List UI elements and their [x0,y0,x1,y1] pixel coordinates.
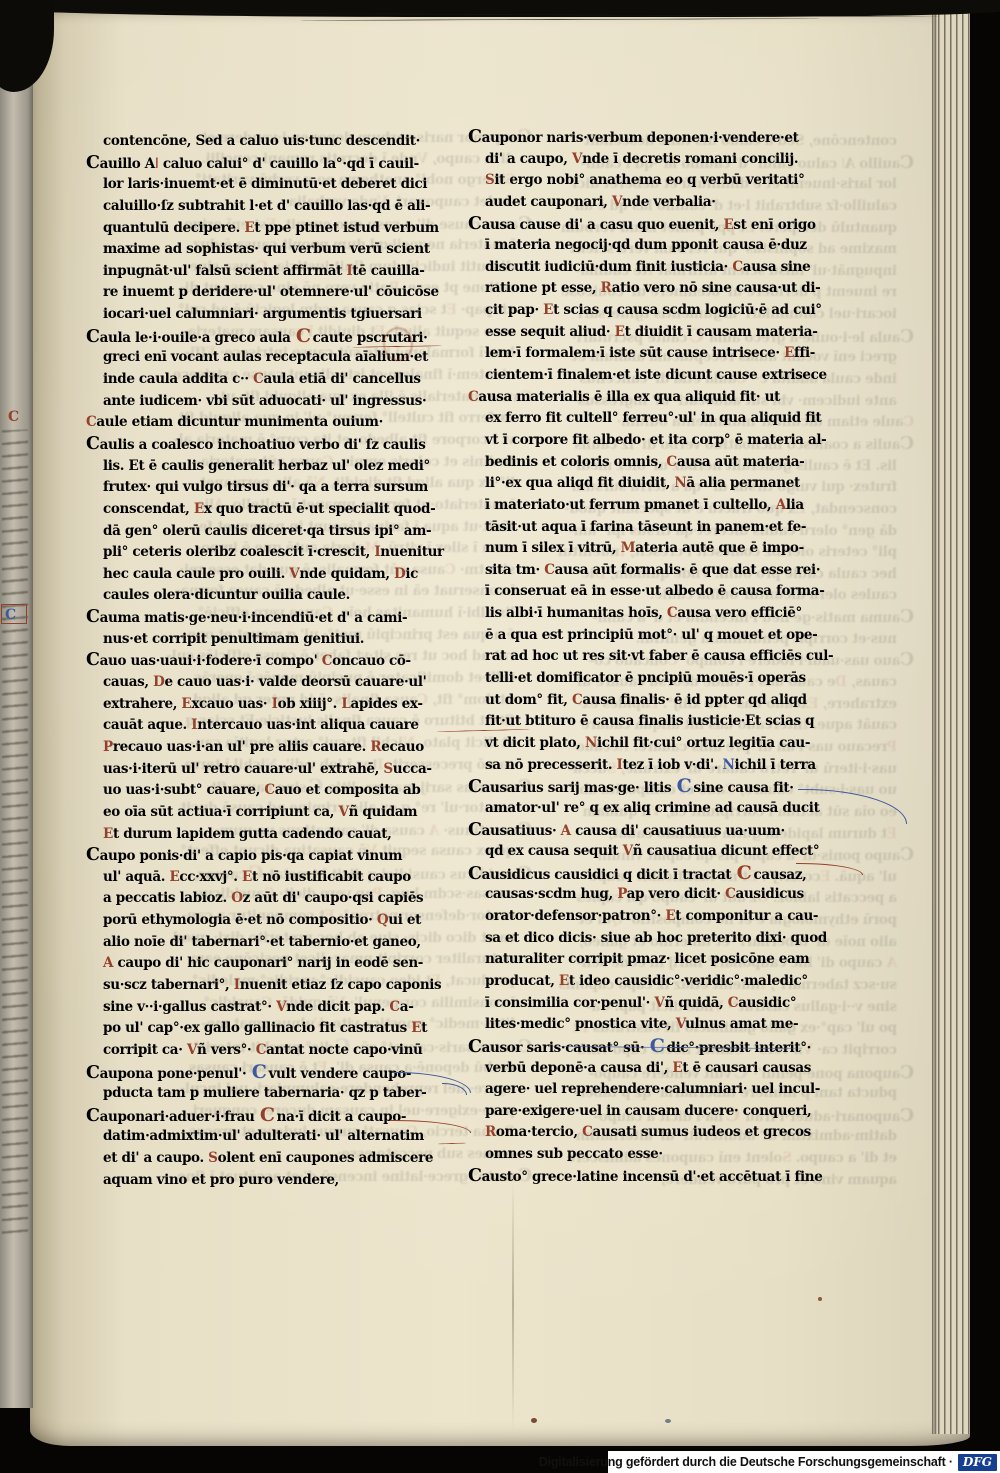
text-line: esse sequit aliud· Et diuidit ī causam m… [468,322,816,344]
text-segment: conscendat, [103,501,194,517]
text-line: contencōne, Sed a caluo uis·tunc descend… [86,131,434,153]
text-line: conscendat, Ex quo tractū ē·ut specialit… [86,499,434,521]
text-segment: caluillo·ſz subtrahit l·et d' cauillo la… [103,198,430,214]
text-segment: E [559,973,569,989]
text-line: po ul' cap°·ex gallo gallinacio fit cast… [86,1018,434,1040]
text-segment: re inuemt p deridere·ul' otemnere·ul' cō… [103,284,439,300]
text-line: Causor saris·causat° sū· Cdic°·presbit i… [468,1036,816,1058]
text-segment: causas·scdm hug, [485,886,617,902]
text-segment: orator·defensor·patron°· [485,908,665,924]
text-line: Cauponor naris·verbum deponen·i·vendere·… [468,127,816,149]
text-line: num ī silex ī vitrū, Materia autē que ē … [468,538,816,560]
text-segment: V [187,1042,197,1058]
text-segment: uas·i·iterū ul' retro cauare·ul' extrahē… [103,761,383,777]
text-line: a peccatis labioz. Oz aūt di' caupo·qsi … [86,888,434,910]
text-line: Causto° grece·latine incensū d'·et accēt… [468,1166,816,1188]
text-line: agere· uel reprehendere·calumniari· uel … [468,1079,816,1101]
text-segment: aulis a coalesco inchoatiuo verbo di' ſz… [100,437,426,453]
text-segment: t scias q causa scdm logiciū·ē ad cui° [553,302,822,318]
text-segment: ui et [388,912,421,928]
text-segment: ex ferro fit cultell° ferreu°·ul' in qua… [485,410,821,426]
text-segment: V [623,843,633,859]
text-line: iocari·uel calumniari· argumentis tgiuer… [86,304,434,326]
text-segment: aula etiā di' cancellus [264,371,421,387]
text-segment: V [338,804,348,820]
text-line: ī materiato·ut ferrum pmanet ī cultello,… [468,495,816,517]
paragraph-mark: C [676,775,694,797]
text-segment: e cauo uas·i· valde deorsū cauare·ul' [164,674,426,690]
text-segment: producat, [485,973,559,989]
text-segment: et di' a caupo. [103,1150,208,1166]
text-line: Caula le·i·ouile·a greco aula Ccaute psc… [86,326,434,348]
text-segment: causaz, [753,867,806,883]
text-segment: vt ī corpore fit albedo· et ita corp° ē … [485,432,826,448]
text-segment: ichil ī terra [735,757,816,773]
text-segment: iocari·uel calumniari· argumentis tgiuer… [103,306,422,322]
text-line: cit pap· Et scias q causa scdm logiciū·ē… [468,300,816,322]
text-segment: lis. Et ē caulis generalit herbaz ul' ol… [103,458,430,474]
text-segment: causa di' causatiuus ua·uum· [571,823,785,839]
text-segment: C [728,995,738,1011]
text-line: uo uas·i·subt° cauare, Cauo et composita… [86,780,434,802]
text-segment: S [383,761,392,777]
text-segment: Q [377,912,388,928]
text-line: ī materia negocij·qd dum pponit causa ē·… [468,235,816,257]
text-segment: pducta tam p muliere tabernaria· qz p ta… [103,1085,426,1101]
text-line: discutit iudiciū·dum finit iusticia· Cau… [468,257,816,279]
digitization-credit-bar: Digitalisierung gefördert durch die Deut… [608,1451,1000,1473]
text-segment: ucca- [393,761,432,777]
text-line: sa et dico dicis· siue ab hoc preterito … [468,928,816,950]
text-line: Roma·tercio, Causati sumus iudeos et gre… [468,1122,816,1144]
text-line: lis albi·ī humanitas hoīs, Causa vero ef… [468,603,816,625]
text-line: ratione pt esse, Ratio vero nō sine caus… [468,278,816,300]
text-line: sine v··i·gallus castrat°· Vnde dicit pa… [86,997,434,1019]
text-segment: ulnus amat me- [685,1016,798,1032]
text-line: inde caula addita c·· Caula etiā di' can… [86,369,434,391]
text-line: di' a caupo, Vnde ī decretis romani conc… [468,149,816,171]
text-segment: C [468,864,482,884]
text-segment: tāsit·ut aqua ī farina tāseunt in panem·… [485,519,806,535]
text-line: cauas, De cauo uas·i· valde deorsū cauar… [86,672,434,694]
text-segment: tē cauilla- [352,263,424,279]
text-line: Caule etiam dicuntur munimenta ouium· [86,412,434,434]
text-segment: t ē causari causas [682,1060,811,1076]
text-segment: esse sequit aliud· [485,324,615,340]
text-line: omnes sub peccato esse· [468,1144,816,1166]
previous-leaf-edge [0,30,33,1408]
text-segment: R [601,280,612,296]
text-segment: ausa sine [743,259,811,275]
text-segment: ausidic° [738,995,796,1011]
text-line: verbū deponē·a causa di', Et ē causari c… [468,1058,816,1080]
text-line: uas·i·iterū ul' retro cauare·ul' extrahē… [86,759,434,781]
text-line: audet cauponari, Vnde verbalia· [468,192,816,214]
text-segment: A [561,823,571,839]
text-segment: C [389,999,399,1015]
text-segment: ī materia negocij·qd dum pponit causa ē·… [485,237,807,253]
text-line: Caulis a coalesco inchoatiuo verbo di' ſ… [86,434,434,456]
text-segment: ante iudicem· vbi sūt aduocati· ul' ingr… [103,393,426,409]
text-segment: C [256,1042,266,1058]
text-segment: ausa vero efficiē° [677,605,802,621]
text-segment: nde quidam, [299,566,394,582]
text-segment: M [621,540,636,556]
text-segment: verbū deponē·a causa di', [485,1060,672,1076]
text-segment: aule etiam dicuntur munimenta ouium· [96,414,383,430]
manuscript-scan-viewport: contencōne, Sed a caluo uis·tunc descend… [0,0,1000,1473]
text-segment: E [784,345,794,361]
text-segment: aula le·i·ouile·a greco aula [100,330,295,346]
text-line: Causa cause di' a casu quo euenit, Est e… [468,214,816,236]
text-segment: antat nocte capo·vinū [266,1042,422,1058]
text-segment: N [674,475,686,491]
text-segment: nuenit etiaz ſz capo caponis [240,977,442,993]
text-segment: li°·ex qua aliqd fit diuidit, [485,475,674,491]
text-line: caluillo·ſz subtrahit l·et d' cauillo la… [86,196,434,218]
text-line: Causa materialis ē illa ex qua aliquid f… [468,387,816,409]
text-segment: E [169,869,179,885]
text-line: Sit ergo nobi° anathema eo q verbū verit… [468,170,816,192]
text-segment: ausatiuus· [482,823,561,839]
text-segment: maxime ad sophistas· qui verbum verū sci… [103,241,430,257]
text-segment: C [86,650,100,670]
text-segment: ecauo [381,739,424,755]
text-segment: sita tm· [485,562,544,578]
text-segment: pli° ceteris oleribz coalescit ī·crescit… [103,544,374,560]
text-segment: sa et dico dicis· siue ab hoc preterito … [485,930,827,946]
text-segment: auillo A [100,156,155,172]
text-segment: alio noīe di' tabernari°·et tabernio·et … [103,934,421,950]
book-fore-edge [932,14,970,1434]
text-segment: ffi- [794,345,815,361]
text-segment: ñ quidā, [664,995,727,1011]
text-segment: olent enī caupones admiscere [218,1150,434,1166]
text-segment: vult vendere caupo- [269,1066,412,1082]
text-segment: agere· uel reprehendere·calumniari· uel … [485,1081,820,1097]
text-line: naturaliter corripit pmaz· licet posicōn… [468,949,816,971]
text-segment: D [153,674,164,690]
text-segment: z aūt di' caupo·qsi capiēs [243,890,424,906]
text-segment: C [582,1124,592,1140]
text-segment: ausati sumus iudeos et grecos [593,1124,811,1140]
text-line: orator·defensor·patron°· Et componitur a… [468,906,816,928]
text-segment: aupona pone·penul'· [100,1066,251,1082]
text-segment: C [572,692,582,708]
text-line: quantulū decipere. Et ppe ptinet istud v… [86,218,434,240]
book-top-edge [0,0,1000,17]
paragraph-mark: C [295,325,313,347]
text-area: contencōne, Sed a caluo uis·tunc descend… [30,10,970,1446]
text-segment: telli·et domificator ē pncipiū mouēs·ī o… [485,670,806,686]
text-segment: cientem·ī finalem·et iste dicunt cause e… [485,367,827,383]
text-line: ī conseruat eā in esse·ut albedo ē causa… [468,581,816,603]
text-segment: V [676,1016,685,1032]
text-segment: xcauo uas· [191,696,271,712]
text-segment: ausa materialis ē illa ex qua aliquid fi… [478,389,780,405]
text-segment: C [468,389,478,405]
text-segment: cauas, [103,674,153,690]
text-line: vt dicit plato, Nichil fit·cui° ortuz le… [468,733,816,755]
text-segment: aupo ponis·di' a capio pis·qa capiat vin… [100,848,403,864]
text-segment: naturaliter corripit pmaz· licet posicōn… [485,951,809,967]
text-line: ut dom° fit, Causa finalis· ē id ppter q… [468,690,816,712]
dfg-logo: DFG [958,1454,997,1471]
previous-leaf-text-showthrough [2,430,28,1241]
text-segment: E [103,826,113,842]
text-segment: V [572,151,582,167]
text-segment: C [86,153,100,173]
text-segment: ntercauo uas·int aliqua cauare [197,717,418,733]
text-segment: C [86,327,100,347]
text-segment: ī materiato·ut ferrum pmanet ī cultello, [485,497,776,513]
text-segment: D [394,566,405,582]
text-line: pli° ceteris oleribz coalescit ī·crescit… [86,542,434,564]
text-column-left: contencōne, Sed a caluo uis·tunc descend… [86,131,434,1191]
text-segment: P [617,886,626,902]
text-segment: t [421,1020,427,1036]
text-segment: N [723,757,735,773]
text-segment: datim·admixtim·ul' adulterati· ul' alter… [103,1128,424,1144]
text-segment: it ergo nobi° anathema eo q verbū verita… [494,172,804,188]
text-line: bedinis et coloris omnis, Causa aūt mate… [468,452,816,474]
text-segment: C [253,371,263,387]
text-line: ē a qua est principiū mot°· ul' q mouet … [468,625,816,647]
text-segment: ausidicus causidici q dicit ī tractat [482,867,736,883]
text-segment: S [485,172,494,188]
text-segment: E [242,869,252,885]
text-line: corripit ca· Vñ vers°· Cantat nocte capo… [86,1040,434,1062]
text-line: hec caula caule pro ouili. Vnde quidam, … [86,564,434,586]
text-line: causas·scdm hug, Pap vero dicit· Causidi… [468,884,816,906]
text-segment: C [322,653,332,669]
text-segment: cauāt aque. [103,717,191,733]
text-segment: ñ vers°· [197,1042,256,1058]
text-line: qd ex causa sequit Vñ causatiua dicunt e… [468,841,816,863]
text-segment: t ideo causidic°·veridic°·maledic° [569,973,808,989]
text-segment: dic°·presbit interit°· [666,1040,810,1056]
text-line: ex ferro fit cultell° ferreu°·ul' in qua… [468,408,816,430]
text-segment: bedinis et coloris omnis, [485,454,666,470]
text-segment: E [615,324,625,340]
text-line: producat, Et ideo causidic°·veridic°·mal… [468,971,816,993]
text-line: greci enī vocant aulas receptacula aīali… [86,347,434,369]
text-segment: caluo calui° d' cauillo la°·qd ī cauil- [159,156,419,172]
text-segment: E [181,696,191,712]
text-segment: na·ī dicit a caupo- [277,1109,407,1125]
text-segment: di' a caupo, [485,151,572,167]
text-segment: ateria autē que ē impo- [635,540,804,556]
text-segment: ul' aquā. [103,869,169,885]
text-segment: ausor saris·causat° sū· [482,1040,649,1056]
text-segment: ap vero dicit· [627,886,725,902]
text-line: tāsit·ut aqua ī farina tāseunt in panem·… [468,517,816,539]
text-segment: x quo tractū ē·ut specialit quod- [204,501,435,517]
text-segment: frutex· qui vulgo tirsus di'· qa a terra… [103,479,428,495]
text-segment: apides ex- [350,696,422,712]
text-segment: auo uas·uaui·i·fodere·ī compo' [100,653,322,669]
text-line: Caupo ponis·di' a capio pis·qa capiat vi… [86,845,434,867]
text-segment: C [544,562,554,578]
text-segment: audet cauponari, [485,194,612,210]
text-segment: cit pap· [485,302,543,318]
text-segment: ausidicus [736,886,804,902]
text-segment: E [665,908,675,924]
text-segment: aquam vino et pro puro vendere, [103,1172,339,1188]
text-segment: su·scz tabernari°, [103,977,234,993]
text-segment: t diuidit ī causam materia- [625,324,818,340]
text-segment: C [732,259,742,275]
text-segment: ausa finalis· ē id ppter qd aliqd [582,692,806,708]
text-line: Cauma matis·ge·neu·i·incendiū·et d' a ca… [86,607,434,629]
text-line: rat ad hoc ut res sit·vt faber ē causa e… [468,646,816,668]
text-segment: sine v··i·gallus castrat°· [103,999,276,1015]
text-segment: auma matis·ge·neu·i·incendiū·et d' a cam… [100,610,408,626]
text-segment: rat ad hoc ut res sit·vt faber ē causa e… [485,648,833,664]
text-segment: caules olera·dicuntur ouilia caule. [103,587,350,603]
text-segment: t durum lapidem gutta cadendo cauat, [113,826,392,842]
paragraph-mark: C [251,1061,269,1083]
text-segment: quantulū decipere. [103,220,244,236]
text-segment: C [86,1063,100,1083]
text-segment: C [264,782,274,798]
text-segment: ic [405,566,418,582]
text-line: fit·ut btituro ē causa finalis iusticie·… [468,711,816,733]
text-line: ul' aquā. Ecc·xxvj°. Et nō iustificabit … [86,867,434,889]
paragraph-mark: C [736,862,754,884]
text-segment: C [86,607,100,627]
text-segment: ichil fit·cui° ortuz legitīa cau- [597,735,810,751]
text-segment: auponari·aduer·i·frau [100,1109,259,1125]
text-segment: hec caula caule pro ouili. [103,566,289,582]
text-segment: lis albi·ī humanitas hoīs, [485,605,667,621]
text-segment: C [86,434,100,454]
text-segment: ñ causatiua dicunt effect° [633,843,820,859]
text-segment: t ppe ptinet istud verbum [254,220,439,236]
text-segment: sine causa fit· [693,780,793,796]
text-segment: nuenitur [380,544,444,560]
text-line: frutex· qui vulgo tirsus di'· qa a terra… [86,477,434,499]
text-segment: caupo di' hic cauponari° narij in eodē s… [113,955,423,971]
text-segment: C [86,414,96,430]
text-line: nus·et corripit penultimam genitiui. [86,629,434,651]
text-segment: R [485,1124,496,1140]
text-segment: nde ī decretis romani concilij. [582,151,798,167]
text-line: pducta tam p muliere tabernaria· qz p ta… [86,1083,434,1105]
text-segment: ausa aūt formalis· ē que dat esse rei· [555,562,821,578]
text-segment: inde caula addita c·· [103,371,253,387]
text-line: Cauponari·aduer·i·frau Cna·ī dicit a cau… [86,1105,434,1127]
text-column-right: Cauponor naris·verbum deponen·i·vendere·… [468,127,816,1187]
text-segment: O [231,890,242,906]
text-segment: austo° grece·latine incensū d'·et accētu… [482,1169,823,1185]
text-segment: V [289,566,299,582]
text-segment: uo uas·i·subt° cauare, [103,782,264,798]
text-segment: a peccatis labioz. [103,890,231,906]
text-segment: C [666,454,676,470]
manuscript-page: contencōne, Sed a caluo uis·tunc descend… [30,10,970,1446]
text-line: Causidicus causidici q dicit ī tractat C… [468,863,816,885]
text-line: re inuemt p deridere·ul' otemnere·ul' cō… [86,282,434,304]
text-segment: C [468,820,482,840]
text-segment: st enī origo [733,217,815,233]
text-segment: C [468,1166,482,1186]
text-segment: S [208,1150,217,1166]
text-segment: a- [400,999,414,1015]
text-segment: C [86,1106,100,1126]
text-line: lem·ī formalem·ī iste sūt cause intrisec… [468,343,816,365]
text-segment: vt dicit plato, [485,735,585,751]
paragraph-mark: C [259,1104,277,1126]
text-segment: E [543,302,553,318]
text-segment: ā alia permanet [686,475,799,491]
text-segment: recauo uas·i·an ul' pre aliis cauare. [113,739,371,755]
text-line: Caupona pone·penul'· Cvult vendere caupo… [86,1062,434,1084]
text-line: vt ī corpore fit albedo· et ita corp° ē … [468,430,816,452]
text-segment: dā gen° olerū caulis diceret·qa tirsus i… [103,523,431,539]
text-segment: ausa aūt materia- [677,454,805,470]
text-segment: C [725,886,735,902]
credit-text: Digitalisierung gefördert durch die Deut… [539,1455,953,1469]
text-segment: ī conseruat eā in esse·ut albedo ē causa… [485,583,824,599]
text-segment: lia [786,497,804,513]
text-segment: ñ quidam [349,804,418,820]
text-segment: pare·exigere·uel in causam ducere· conqu… [485,1103,811,1119]
text-segment: A [103,955,113,971]
text-segment: V [654,995,664,1011]
text-segment: C [468,777,482,797]
text-line: ante iudicem· vbi sūt aduocati· ul' ingr… [86,391,434,413]
text-segment: qd ex causa sequit [485,843,623,859]
text-segment: ē a qua est principiū mot°· ul' q mouet … [485,627,817,643]
text-segment: tez ī iob v·di'. [623,757,723,773]
text-line: sa nō precesserit. Itez ī iob v·di'. Nic… [468,755,816,777]
text-segment: cc·xxvj°. [179,869,242,885]
text-segment: lem·ī formalem·ī iste sūt cause intrisec… [485,345,784,361]
text-segment: auponor naris·verbum deponen·i·vendere·e… [482,130,799,146]
text-segment: E [672,1060,682,1076]
text-line: lites·medic° pnostica vite, Vulnus amat … [468,1014,816,1036]
text-segment: ī consimilia cor·penul'· [485,995,654,1011]
text-segment: corripit ca· [103,1042,187,1058]
text-segment: porū ethymologia ē·et nō compositio· [103,912,377,928]
text-line: Cauo uas·uaui·i·fodere·ī compo' Concauo … [86,650,434,672]
text-segment: t nō iustificabit caupo [252,869,411,885]
text-line: lis. Et ē caulis generalit herbaz ul' ol… [86,456,434,478]
text-line: aquam vino et pro puro vendere, [86,1170,434,1192]
text-segment: ratione pt esse, [485,280,601,296]
text-segment: ausa cause di' a casu quo euenit, [482,217,724,233]
text-line: extrahere, Excauo uas· Iob xiiij°. Lapid… [86,694,434,716]
text-line: caules olera·dicuntur ouilia caule. [86,585,434,607]
text-segment: E [723,217,733,233]
text-segment: V [612,194,622,210]
text-segment: A [776,497,786,513]
text-line: alio noīe di' tabernari°·et tabernio·et … [86,932,434,954]
text-segment: V [276,999,286,1015]
text-line: lor laris·inuemt·et ē diminutū·et debere… [86,174,434,196]
text-segment: C [468,127,482,147]
text-line: telli·et domificator ē pncipiū mouēs·ī o… [468,668,816,690]
text-line: A caupo di' hic cauponari° narij in eodē… [86,953,434,975]
text-line: su·scz tabernari°, Inuenit etiaz ſz capo… [86,975,434,997]
text-segment: atio vero nō sine causa·ut di- [612,280,821,296]
text-segment: E [244,220,254,236]
text-segment: discutit iudiciū·dum finit iusticia· [485,259,732,275]
text-segment: ausarius sarij mas·ge· litis [482,780,676,796]
text-segment: C [86,845,100,865]
text-segment: inpugnāt·ul' falsū scient affirmāt [103,263,346,279]
